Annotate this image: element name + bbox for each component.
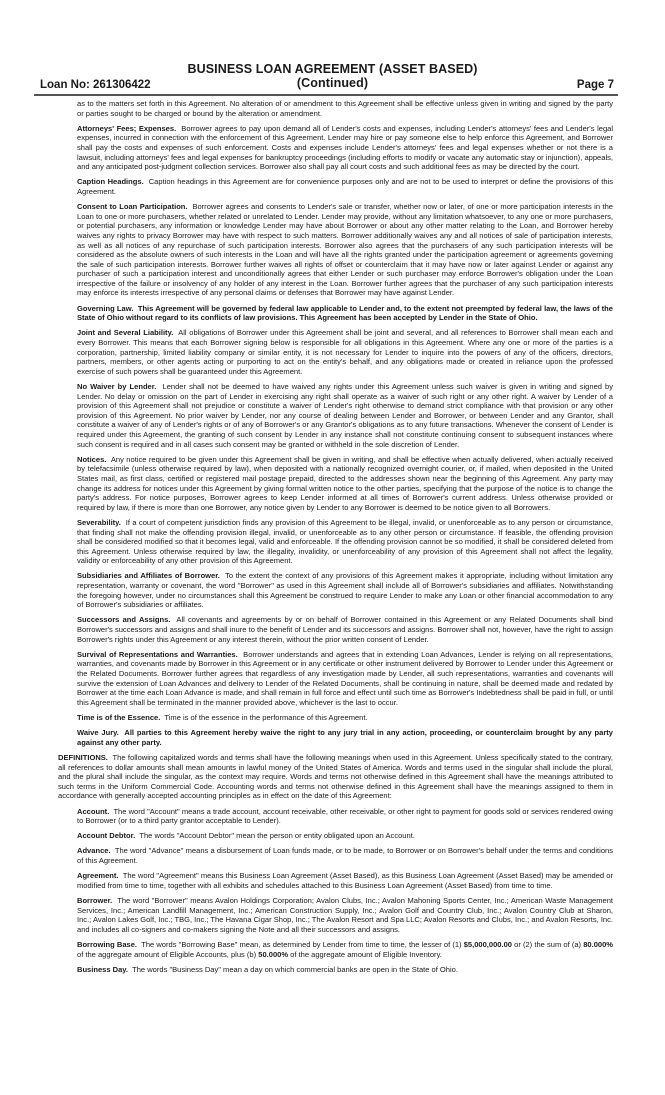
definition-account: Account. The word "Account" means a trad…: [77, 807, 613, 826]
section-heading: No Waiver by Lender.: [77, 382, 156, 391]
definitions-heading: DEFINITIONS.: [58, 753, 108, 762]
definition-text: The word "Agreement" means this Business…: [77, 871, 613, 890]
definition-text: of the aggregate amount of Eligible Acco…: [77, 950, 258, 959]
section-heading: Subsidiaries and Affiliates of Borrower.: [77, 571, 220, 580]
section-subsidiaries: Subsidiaries and Affiliates of Borrower.…: [77, 571, 613, 609]
document-title: BUSINESS LOAN AGREEMENT (ASSET BASED): [0, 62, 665, 76]
section-survival: Survival of Representations and Warranti…: [77, 650, 613, 708]
section-consent-participation: Consent to Loan Participation. Borrower …: [77, 202, 613, 298]
document-page: BUSINESS LOAN AGREEMENT (ASSET BASED) (C…: [0, 0, 665, 1095]
definition-agreement: Agreement. The word "Agreement" means th…: [77, 871, 613, 890]
definitions-text: The following capitalized words and term…: [58, 753, 613, 800]
section-notices: Notices. Any notice required to be given…: [77, 455, 613, 513]
inventory-advance-rate: 50.000%: [258, 950, 288, 959]
section-caption-headings: Caption Headings. Caption headings in th…: [77, 177, 613, 196]
section-heading: Consent to Loan Participation.: [77, 202, 188, 211]
definitions-intro: DEFINITIONS. The following capitalized w…: [58, 753, 613, 801]
section-heading: Waive Jury.: [77, 728, 119, 737]
header-divider: [34, 94, 618, 96]
section-text: Borrower agrees and consents to Lender's…: [77, 202, 613, 297]
section-heading: Successors and Assigns.: [77, 615, 170, 624]
section-heading: Joint and Several Liability.: [77, 328, 173, 337]
section-heading: Severability.: [77, 518, 121, 527]
section-heading: Caption Headings.: [77, 177, 144, 186]
definition-advance: Advance. The word "Advance" means a disb…: [77, 846, 613, 865]
section-text: If a court of competent jurisdiction fin…: [77, 518, 613, 565]
section-heading: Notices.: [77, 455, 106, 464]
section-text: Time is of the essence in the performanc…: [164, 713, 367, 722]
loan-number: Loan No: 261306422: [40, 79, 151, 91]
definition-term: Advance.: [77, 846, 111, 855]
definition-text: The word "Account" means a trade account…: [77, 807, 613, 826]
definition-term: Borrower.: [77, 896, 112, 905]
section-waive-jury: Waive Jury. All parties to this Agreemen…: [77, 728, 613, 747]
definition-term: Business Day.: [77, 965, 128, 974]
section-heading: Attorneys' Fees; Expenses.: [77, 124, 176, 133]
section-heading: Governing Law.: [77, 304, 133, 313]
section-joint-several-liability: Joint and Several Liability. All obligat…: [77, 328, 613, 376]
definition-text: The word "Advance" means a disbursement …: [77, 846, 613, 865]
accounts-advance-rate: 80.000%: [583, 940, 613, 949]
definition-term: Account Debtor.: [77, 831, 135, 840]
definition-text: The words "Business Day" mean a day on w…: [132, 965, 458, 974]
definition-text: The words "Account Debtor" mean the pers…: [139, 831, 415, 840]
definition-text: The word "Borrower" means Avalon Holding…: [77, 896, 613, 934]
section-continued: as to the matters set forth in this Agre…: [77, 99, 613, 118]
section-time-essence: Time is of the Essence. Time is of the e…: [77, 713, 613, 723]
definition-text: of the aggregate amount of Eligible Inve…: [288, 950, 442, 959]
definition-term: Agreement.: [77, 871, 119, 880]
section-text: This Agreement will be governed by feder…: [77, 304, 613, 323]
definition-borrowing-base: Borrowing Base. The words "Borrowing Bas…: [77, 940, 613, 959]
section-text: Caption headings in this Agreement are f…: [77, 177, 613, 196]
definition-borrower: Borrower. The word "Borrower" means Aval…: [77, 896, 613, 934]
page-number: Page 7: [577, 79, 614, 91]
section-text: Any notice required to be given under th…: [77, 455, 613, 512]
document-body: as to the matters set forth in this Agre…: [77, 99, 613, 980]
section-text: as to the matters set forth in this Agre…: [77, 99, 613, 118]
definition-account-debtor: Account Debtor. The words "Account Debto…: [77, 831, 613, 841]
definition-text: The words "Borrowing Base" mean, as dete…: [141, 940, 464, 949]
section-heading: Survival of Representations and Warranti…: [77, 650, 238, 659]
section-text: Lender shall not be deemed to have waive…: [77, 382, 613, 449]
section-heading: Time is of the Essence.: [77, 713, 160, 722]
section-text: All parties to this Agreement hereby wai…: [77, 728, 613, 747]
definition-business-day: Business Day. The words "Business Day" m…: [77, 965, 613, 975]
section-severability: Severability. If a court of competent ju…: [77, 518, 613, 566]
borrowing-base-amount: $5,000,000.00: [464, 940, 512, 949]
section-successors-assigns: Successors and Assigns. All covenants an…: [77, 615, 613, 644]
definition-term: Account.: [77, 807, 109, 816]
definition-text: or (2) the sum of (a): [512, 940, 583, 949]
section-governing-law: Governing Law. This Agreement will be go…: [77, 304, 613, 323]
definition-term: Borrowing Base.: [77, 940, 137, 949]
section-no-waiver: No Waiver by Lender. Lender shall not be…: [77, 382, 613, 449]
section-attorneys-fees: Attorneys' Fees; Expenses. Borrower agre…: [77, 124, 613, 172]
